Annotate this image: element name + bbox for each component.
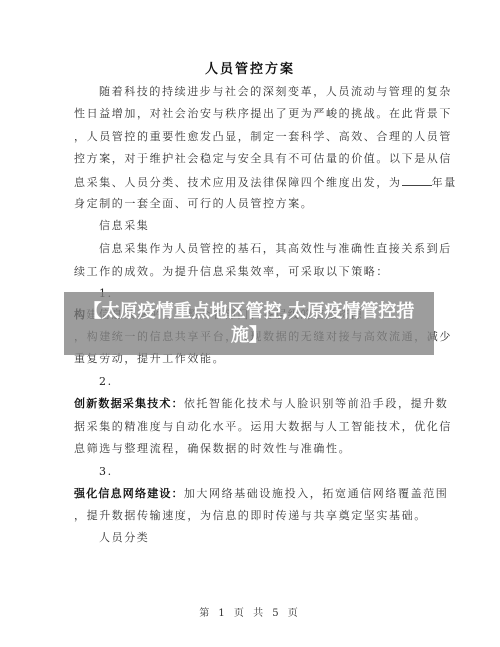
item-3-line-1: 强化信息网络建设：加大网络基础设施投入，拓宽通信网络覆盖范围 [74, 487, 418, 501]
intro-line: 性日益增加，对社会治安与秩序提出了更为严峻的挑战。在此背景下 [74, 107, 418, 121]
intro-line: 身定制的一套全面、可行的人员管控方案。 [74, 197, 418, 211]
item-2-line-2: 据采集的精准度与自动化水平。运用大数据与人工智能技术，优化信 [74, 420, 418, 434]
intro-line-with-blank: 息采集、人员分类、技术应用及法律保障四个维度出发，为年量 [74, 175, 418, 190]
intro-line: 控方案，对于维护社会稳定与安全具有不可估量的价值。以下是从信 [74, 152, 418, 166]
page-footer: 第 1 页 共 5 页 [0, 604, 500, 619]
section-line: 续工作的成效。为提升信息采集效率，可采取以下策略： [74, 265, 418, 279]
headline-overlay-banner: 【太原疫情重点地区管控,太原疫情管控措施】 [64, 292, 434, 355]
section-heading-info-collection: 信息采集 [99, 219, 443, 233]
item-2-line-1: 创新数据采集技术：依托智能化技术与人脸识别等前沿手段，提升数 [74, 397, 418, 411]
item-number-2: 2. [99, 375, 443, 389]
intro-line: ，人员管控的重要性愈发凸显，制定一套科学、高效、合理的人员管 [74, 130, 418, 144]
item-2-bold-prefix: 创新数据采集技术： [74, 397, 184, 410]
item-number-3: 3. [99, 465, 443, 479]
section-heading-personnel-classification: 人员分类 [99, 531, 443, 545]
intro-line-text: 息采集、人员分类、技术应用及法律保障四个维度出发，为 [74, 176, 402, 189]
item-2-line-3: 息筛选与整理流程，确保数据的时效性与准确性。 [74, 442, 418, 456]
intro-line-suffix: 年量 [432, 176, 457, 189]
document-title: 人员管控方案 [0, 58, 500, 77]
blank-underline [402, 175, 432, 186]
item-3-text: 加大网络基础设施投入，拓宽通信网络覆盖范围 [184, 487, 449, 500]
item-2-text: 依托智能化技术与人脸识别等前沿手段，提升数 [184, 397, 449, 410]
section-line: 信息采集作为人员管控的基石，其高效性与准确性直接关系到后 [99, 242, 443, 256]
intro-line: 随着科技的持续进步与社会的深刻变革，人员流动与管理的复杂 [99, 85, 443, 99]
item-3-line-2: ，提升数据传输速度，为信息的即时传递与共享奠定坚实基础。 [74, 509, 418, 523]
item-3-bold-prefix: 强化信息网络建设： [74, 487, 184, 500]
overlay-headline: 【太原疫情重点地区管控,太原疫情管控措施】 [74, 300, 424, 348]
